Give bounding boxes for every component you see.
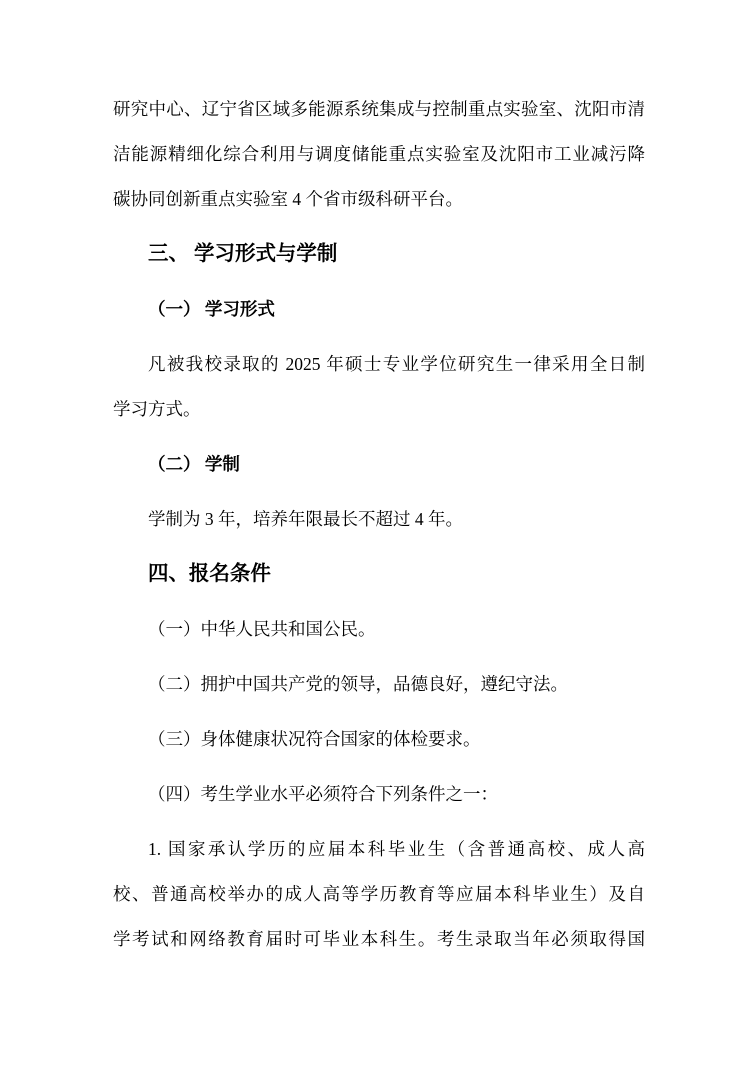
text-line: 1. 国家承认学历的应届本科毕业生（含普通高校、成人高	[113, 827, 645, 872]
document-page: 研究中心、辽宁省区域多能源系统集成与控制重点实验室、沈阳市清 洁能源精细化综合利…	[0, 0, 756, 1071]
list-item-citizen: （一）中华人民共和国公民。	[113, 607, 645, 652]
section-heading-study-format: 三、 学习形式与学制	[113, 232, 645, 277]
paragraph-research-platforms: 研究中心、辽宁省区域多能源系统集成与控制重点实验室、沈阳市清 洁能源精细化综合利…	[113, 87, 645, 222]
paragraph-eligibility-condition-1: 1. 国家承认学历的应届本科毕业生（含普通高校、成人高 校、普通高校举办的成人高…	[113, 827, 645, 962]
list-item-academic-level: （四）考生学业水平必须符合下列条件之一：	[113, 772, 645, 817]
heading-text: 三、 学习形式与学制	[113, 232, 645, 277]
text-line: 研究中心、辽宁省区域多能源系统集成与控制重点实验室、沈阳市清	[113, 87, 645, 132]
text-line: 学习方式。	[113, 387, 645, 432]
text-line: （二）拥护中国共产党的领导，品德良好，遵纪守法。	[113, 662, 645, 707]
text-line: 洁能源精细化综合利用与调度储能重点实验室及沈阳市工业减污降	[113, 132, 645, 177]
heading-text: 四、报名条件	[113, 552, 645, 597]
text-line: （三）身体健康状况符合国家的体检要求。	[113, 717, 645, 762]
list-item-political: （二）拥护中国共产党的领导，品德良好，遵纪守法。	[113, 662, 645, 707]
document-body: 研究中心、辽宁省区域多能源系统集成与控制重点实验室、沈阳市清 洁能源精细化综合利…	[113, 87, 645, 962]
section-heading-application-requirements: 四、报名条件	[113, 552, 645, 597]
paragraph-study-mode: 凡被我校录取的 2025 年硕士专业学位研究生一律采用全日制 学习方式。	[113, 342, 645, 432]
text-line: 碳协同创新重点实验室 4 个省市级科研平台。	[113, 177, 645, 222]
text-line: 校、普通高校举办的成人高等学历教育等应届本科毕业生）及自	[113, 872, 645, 917]
text-line: 学考试和网络教育届时可毕业本科生。考生录取当年必须取得国	[113, 917, 645, 962]
paragraph-duration: 学制为 3 年，培养年限最长不超过 4 年。	[113, 497, 645, 542]
subsection-heading-study-mode: （一） 学习形式	[113, 287, 645, 332]
heading-text: （一） 学习形式	[113, 287, 645, 332]
list-item-health: （三）身体健康状况符合国家的体检要求。	[113, 717, 645, 762]
text-line: （四）考生学业水平必须符合下列条件之一：	[113, 772, 645, 817]
subsection-heading-duration: （二） 学制	[113, 442, 645, 487]
text-line: （一）中华人民共和国公民。	[113, 607, 645, 652]
text-line: 学制为 3 年，培养年限最长不超过 4 年。	[113, 497, 645, 542]
text-line: 凡被我校录取的 2025 年硕士专业学位研究生一律采用全日制	[113, 342, 645, 387]
heading-text: （二） 学制	[113, 442, 645, 487]
